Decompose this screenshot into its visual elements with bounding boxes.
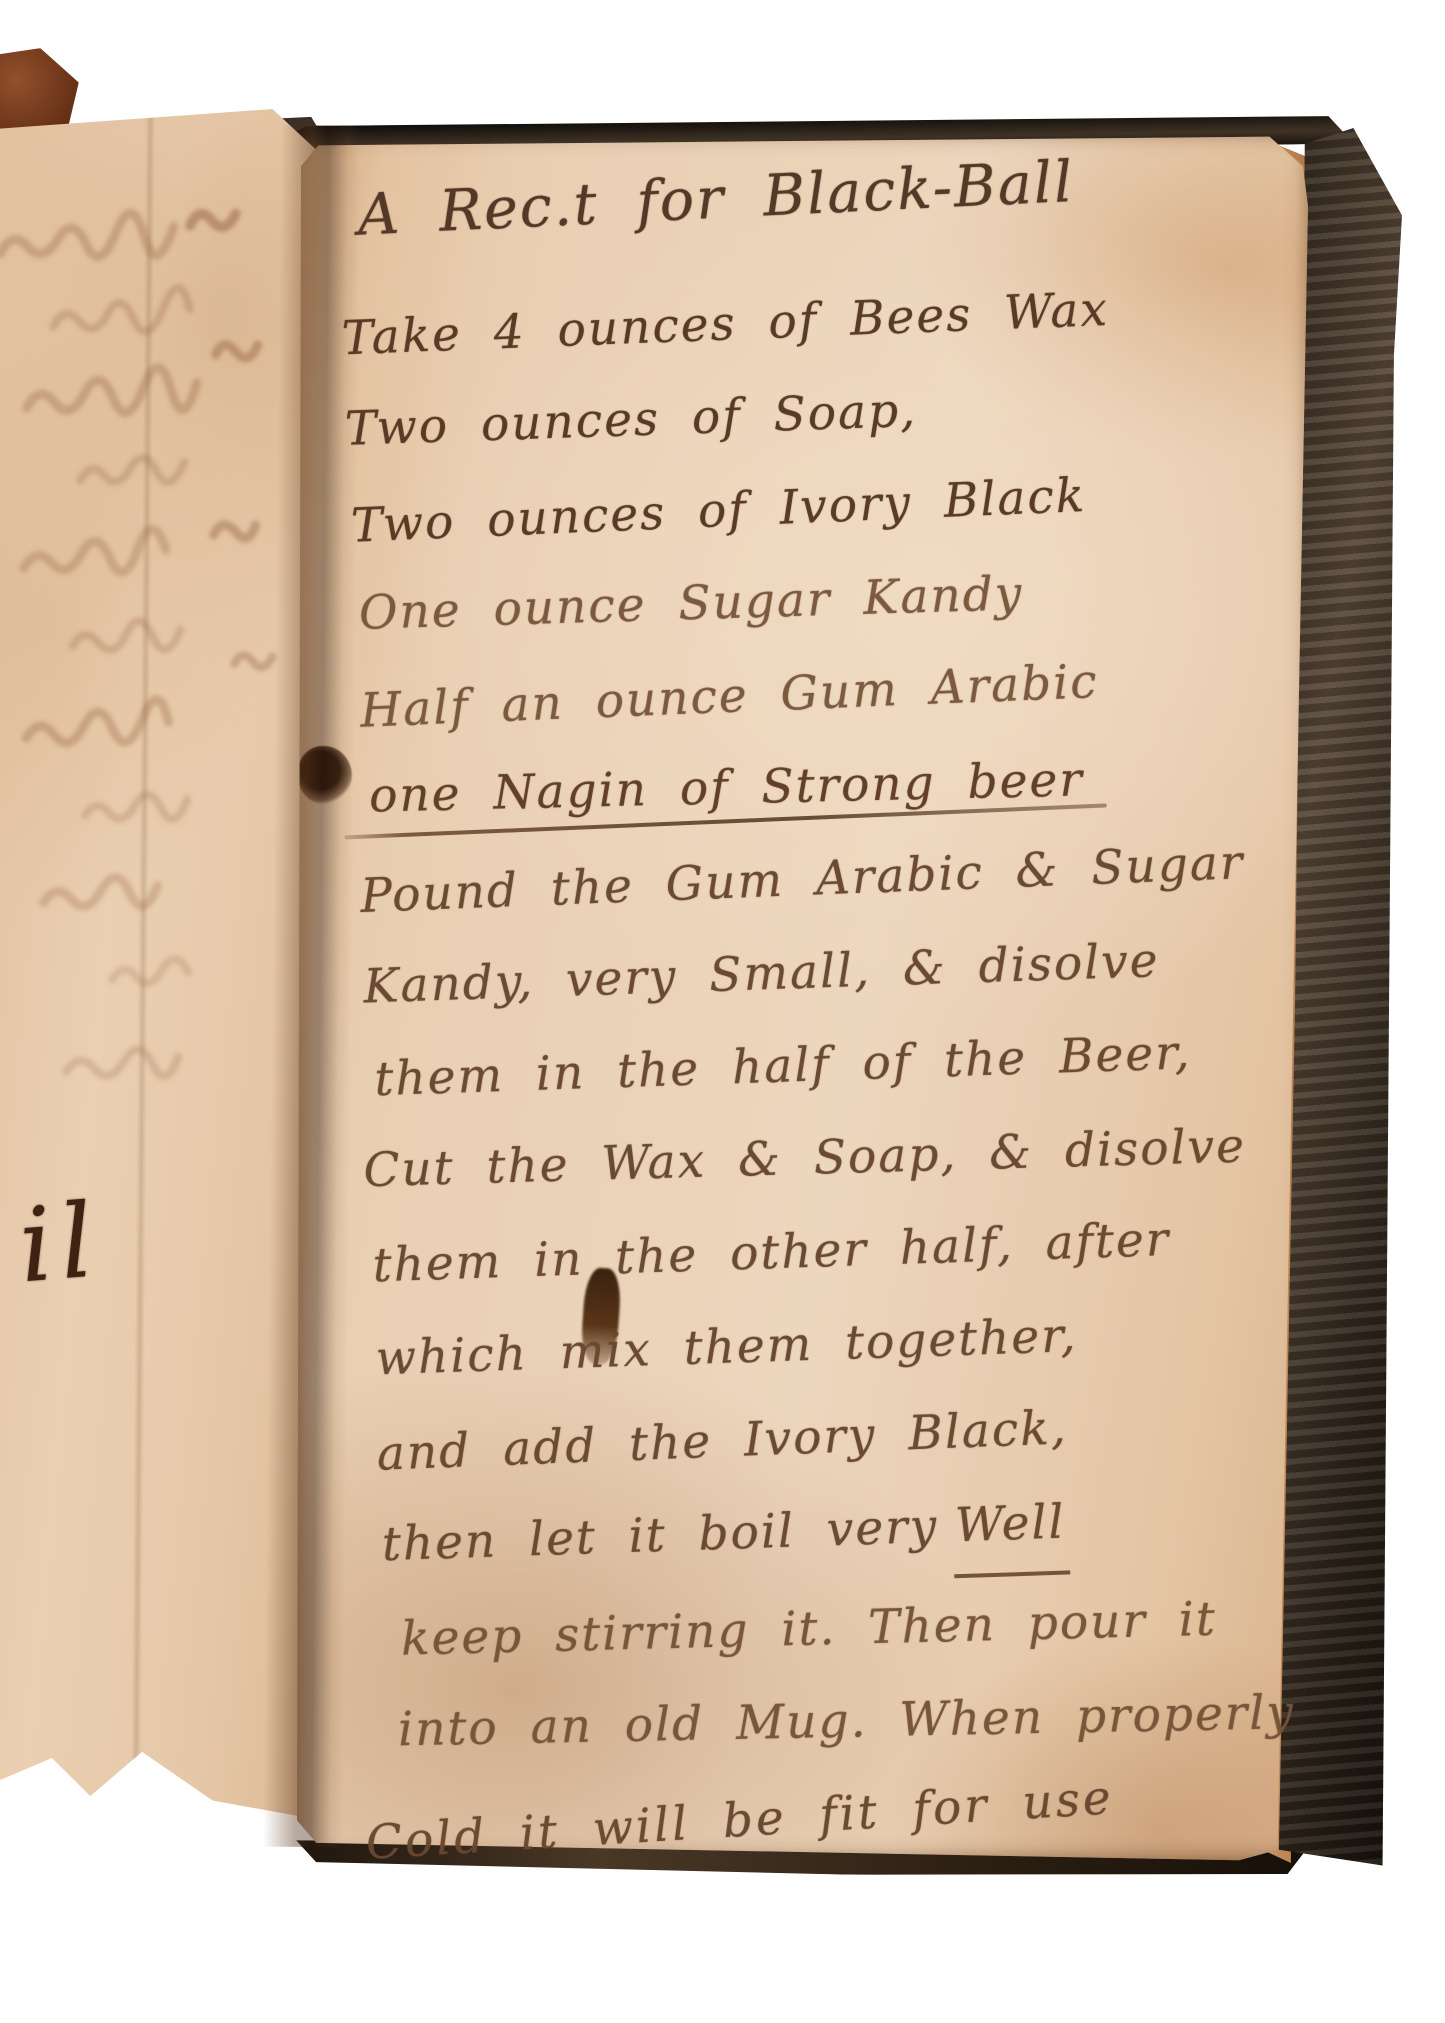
recipe-body: Take 4 ounces of Bees Wax Two ounces of … (340, 259, 1322, 1876)
manuscript-photo: il A Rec.t for Black-Ball Take 4 ounces … (0, 0, 1445, 2023)
recipe-text: A Rec.t for Black-Ball Take 4 ounces of … (336, 129, 1322, 1876)
underlined-word: Well (951, 1475, 1071, 1578)
ink-blot (298, 746, 352, 804)
bleedthrough-writing (0, 107, 317, 1826)
left-page: il (0, 107, 317, 1826)
margin-ink-mark: il (16, 1190, 105, 1298)
recipe-line-text: then let it boil very (381, 1499, 939, 1572)
